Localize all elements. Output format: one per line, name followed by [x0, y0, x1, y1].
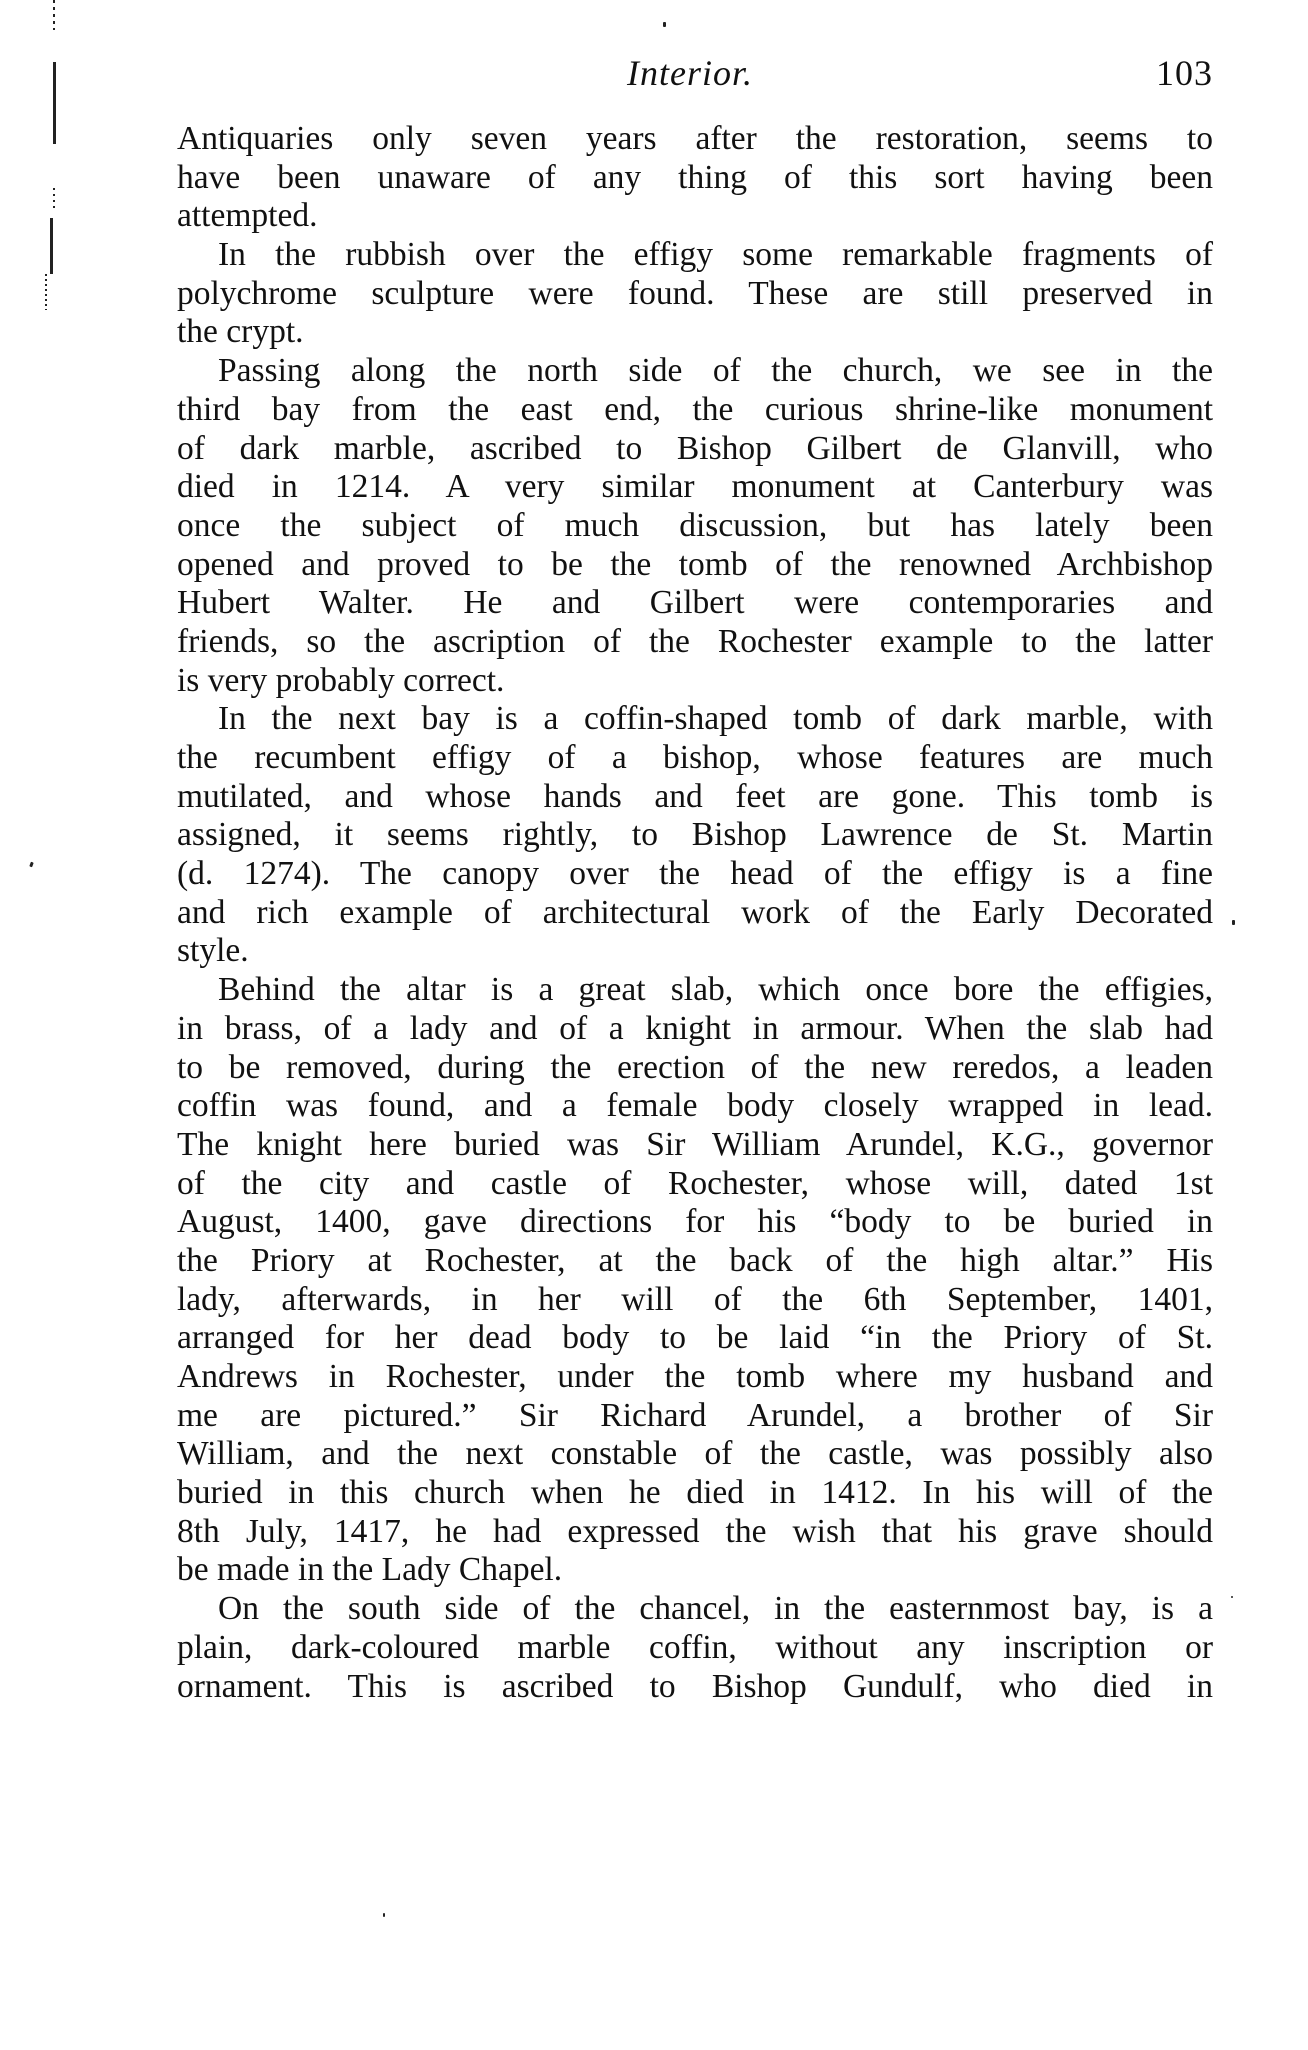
text-line: On the south side of the chancel, in the… — [177, 1590, 1213, 1629]
paragraph: Passing along the north side of the chur… — [177, 352, 1213, 700]
text-line: Hubert Walter. He and Gilbert were conte… — [177, 584, 1213, 623]
text-line: lady, afterwards, in her will of the 6th… — [177, 1281, 1213, 1320]
scan-edge-mark — [45, 274, 47, 310]
text-line: ornament. This is ascribed to Bishop Gun… — [177, 1668, 1213, 1707]
text-line: Behind the altar is a great slab, which … — [177, 971, 1213, 1010]
text-line: of the city and castle of Rochester, who… — [177, 1165, 1213, 1204]
text-line: died in 1214. A very similar monument at… — [177, 468, 1213, 507]
text-line: of dark marble, ascribed to Bishop Gilbe… — [177, 430, 1213, 469]
text-line: attempted. — [177, 197, 1213, 236]
text-line: to be removed, during the erection of th… — [177, 1049, 1213, 1088]
text-line: in brass, of a lady and of a knight in a… — [177, 1010, 1213, 1049]
text-line: Andrews in Rochester, under the tomb whe… — [177, 1358, 1213, 1397]
text-line: Antiquaries only seven years after the r… — [177, 120, 1213, 159]
text-line: buried in this church when he died in 14… — [177, 1474, 1213, 1513]
text-line: plain, dark-coloured marble coffin, with… — [177, 1629, 1213, 1668]
scan-speck — [29, 862, 34, 868]
text-line: William, and the next constable of the c… — [177, 1435, 1213, 1474]
paragraph: In the rubbish over the effigy some rema… — [177, 236, 1213, 352]
scan-speck — [663, 22, 666, 27]
scan-speck — [1232, 920, 1235, 925]
body-text: Antiquaries only seven years after the r… — [177, 120, 1213, 1706]
text-line: In the rubbish over the effigy some rema… — [177, 236, 1213, 275]
text-line: style. — [177, 932, 1213, 971]
text-line: assigned, it seems rightly, to Bishop La… — [177, 816, 1213, 855]
text-line: the crypt. — [177, 313, 1213, 352]
text-line: 8th July, 1417, he had expressed the wis… — [177, 1513, 1213, 1552]
text-line: In the next bay is a coffin-shaped tomb … — [177, 700, 1213, 739]
text-line: the Priory at Rochester, at the back of … — [177, 1242, 1213, 1281]
paragraph: Antiquaries only seven years after the r… — [177, 120, 1213, 236]
text-line: be made in the Lady Chapel. — [177, 1551, 1213, 1590]
text-line: (d. 1274). The canopy over the head of t… — [177, 855, 1213, 894]
text-line: polychrome sculpture were found. These a… — [177, 275, 1213, 314]
text-line: once the subject of much discussion, but… — [177, 507, 1213, 546]
text-line: opened and proved to be the tomb of the … — [177, 546, 1213, 585]
running-head: Interior. 103 — [177, 52, 1213, 94]
scan-speck — [383, 1913, 385, 1917]
paragraph: On the south side of the chancel, in the… — [177, 1590, 1213, 1706]
scan-edge-mark — [53, 62, 56, 144]
paragraph: Behind the altar is a great slab, which … — [177, 971, 1213, 1590]
text-line: have been unaware of any thing of this s… — [177, 159, 1213, 198]
text-line: August, 1400, gave directions for his “b… — [177, 1203, 1213, 1242]
text-line: friends, so the ascription of the Roches… — [177, 623, 1213, 662]
text-line: mutilated, and whose hands and feet are … — [177, 778, 1213, 817]
paragraph: In the next bay is a coffin-shaped tomb … — [177, 700, 1213, 971]
scan-edge-mark — [50, 218, 53, 274]
page-number: 103 — [1156, 52, 1213, 94]
text-line: and rich example of architectural work o… — [177, 894, 1213, 933]
text-line: coffin was found, and a female body clos… — [177, 1087, 1213, 1126]
text-line: arranged for her dead body to be laid “i… — [177, 1319, 1213, 1358]
scan-speck — [1231, 1596, 1233, 1598]
scan-edge-mark — [53, 188, 55, 208]
text-line: is very probably correct. — [177, 662, 1213, 701]
text-line: Passing along the north side of the chur… — [177, 352, 1213, 391]
scan-edge-mark — [53, 0, 55, 30]
text-line: The knight here buried was Sir William A… — [177, 1126, 1213, 1165]
running-title: Interior. — [627, 52, 753, 94]
text-line: me are pictured.” Sir Richard Arundel, a… — [177, 1397, 1213, 1436]
text-line: the recumbent effigy of a bishop, whose … — [177, 739, 1213, 778]
text-line: third bay from the east end, the curious… — [177, 391, 1213, 430]
